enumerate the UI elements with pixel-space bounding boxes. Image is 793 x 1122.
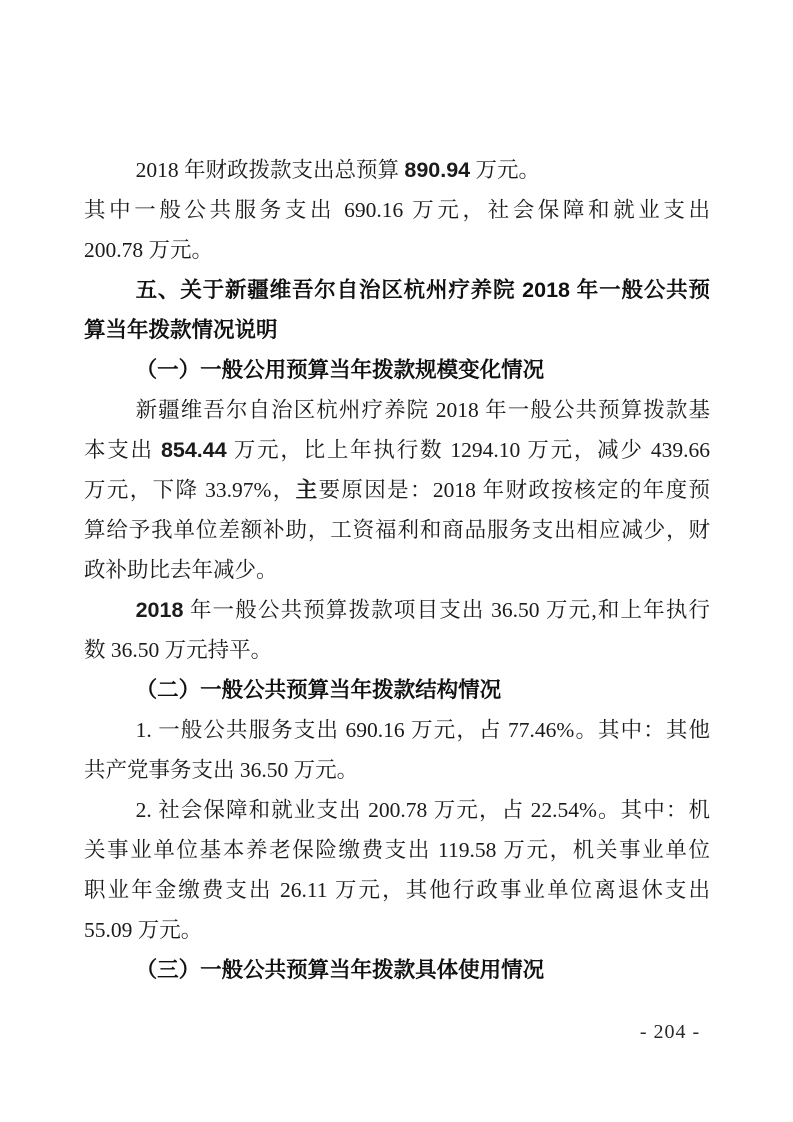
bold-number: 890.94	[404, 158, 470, 182]
line-breakdown-social-amount: 200.78 万元。	[84, 230, 710, 270]
text-segment: 万元，比上年执行数 1294.10 万元，减少 439.66	[227, 438, 710, 462]
para-scale-change-line-3: 万元，下降 33.97%，主要原因是：2018 年财政按核定的年度预	[84, 470, 710, 510]
text-segment: 数 36.50 万元持平。	[84, 638, 272, 662]
text-segment: 2. 社会保障和就业支出 200.78 万元，占 22.54%。其中：机	[136, 798, 710, 822]
text-segment: 算给予我单位差额补助，工资福利和商品服务支出相应减少，财	[84, 518, 710, 542]
para-structure-item1-line-2: 共产党事务支出 36.50 万元。	[84, 750, 710, 790]
text-segment: 职业年金缴费支出 26.11 万元，其他行政事业单位离退休支出	[84, 878, 710, 902]
bold-number: 854.44	[161, 438, 227, 462]
page-number: - 204 -	[620, 1020, 720, 1044]
heading-text: （三）一般公共预算当年拨款具体使用情况	[136, 958, 545, 982]
heading-subsection-3: （三）一般公共预算当年拨款具体使用情况	[84, 950, 710, 990]
text-segment: 1. 一般公共服务支出 690.16 万元，占 77.46%。其中：其他	[136, 718, 710, 742]
text-segment: 共产党事务支出 36.50 万元。	[84, 758, 358, 782]
para-project-expense-line-2: 数 36.50 万元持平。	[84, 630, 710, 670]
text-segment: 关事业单位基本养老保险缴费支出 119.58 万元，机关事业单位	[84, 838, 710, 862]
heading-subsection-2: （二）一般公共预算当年拨款结构情况	[84, 670, 710, 710]
para-structure-item2-line-4: 55.09 万元。	[84, 910, 710, 950]
document-page: 2018 年财政拨款支出总预算 890.94 万元。 其中一般公共服务支出 69…	[0, 0, 793, 1122]
para-scale-change-line-1: 新疆维吾尔自治区杭州疗养院 2018 年一般公共预算拨款基	[84, 390, 710, 430]
para-scale-change-line-5: 政补助比去年减少。	[84, 550, 710, 590]
heading-text: （一）一般公用预算当年拨款规模变化情况	[136, 358, 545, 382]
para-structure-item2-line-1: 2. 社会保障和就业支出 200.78 万元，占 22.54%。其中：机	[84, 790, 710, 830]
heading-text: 算当年拨款情况说明	[84, 318, 278, 342]
para-project-expense-line-1: 2018 年一般公共预算拨款项目支出 36.50 万元,和上年执行	[84, 590, 710, 630]
bold-character: 主	[296, 478, 319, 502]
text-segment: 200.78 万元。	[84, 238, 213, 262]
text-segment: 其中一般公共服务支出 690.16 万元，社会保障和就业支出	[84, 198, 710, 222]
heading-text: （二）一般公共预算当年拨款结构情况	[136, 678, 502, 702]
heading-section-5-line-1: 五、关于新疆维吾尔自治区杭州疗养院 2018 年一般公共预	[84, 270, 710, 310]
text-segment: 万元，下降 33.97%，	[84, 478, 296, 502]
line-total-budget-2018: 2018 年财政拨款支出总预算 890.94 万元。	[84, 150, 710, 190]
text-segment: 万元。	[470, 158, 540, 182]
bold-number: 2018	[136, 598, 184, 622]
heading-text: 五、关于新疆维吾尔自治区杭州疗养院 2018 年一般公共预	[136, 278, 710, 302]
text-segment: 本支出	[84, 438, 161, 462]
text-segment: 新疆维吾尔自治区杭州疗养院 2018 年一般公共预算拨款基	[136, 398, 710, 422]
para-scale-change-line-2: 本支出 854.44 万元，比上年执行数 1294.10 万元，减少 439.6…	[84, 430, 710, 470]
heading-subsection-1: （一）一般公用预算当年拨款规模变化情况	[84, 350, 710, 390]
text-segment: 政补助比去年减少。	[84, 558, 278, 582]
text-segment: 要原因是：2018 年财政按核定的年度预	[319, 478, 710, 502]
para-structure-item2-line-3: 职业年金缴费支出 26.11 万元，其他行政事业单位离退休支出	[84, 870, 710, 910]
para-structure-item2-line-2: 关事业单位基本养老保险缴费支出 119.58 万元，机关事业单位	[84, 830, 710, 870]
line-breakdown-services-social: 其中一般公共服务支出 690.16 万元，社会保障和就业支出	[84, 190, 710, 230]
text-segment: 年一般公共预算拨款项目支出 36.50 万元,和上年执行	[183, 598, 710, 622]
para-structure-item1-line-1: 1. 一般公共服务支出 690.16 万元，占 77.46%。其中：其他	[84, 710, 710, 750]
text-segment: 55.09 万元。	[84, 918, 202, 942]
heading-section-5-line-2: 算当年拨款情况说明	[84, 310, 710, 350]
para-scale-change-line-4: 算给予我单位差额补助，工资福利和商品服务支出相应减少，财	[84, 510, 710, 550]
text-segment: 2018 年财政拨款支出总预算	[136, 158, 405, 182]
document-body: 2018 年财政拨款支出总预算 890.94 万元。 其中一般公共服务支出 69…	[84, 150, 710, 990]
